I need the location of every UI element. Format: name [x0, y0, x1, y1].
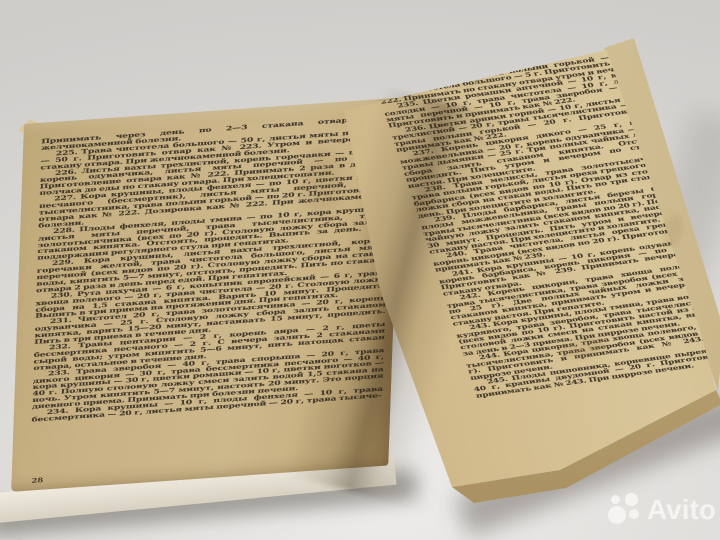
avito-watermark: Avito — [608, 493, 716, 526]
paper-stain — [300, 150, 342, 214]
photo-scene: Принимать через день по 2—3 стакана отва… — [0, 0, 720, 540]
avito-wordmark: Avito — [647, 496, 716, 524]
avito-logo-icon — [608, 493, 640, 526]
page-number: 28 — [31, 477, 43, 485]
